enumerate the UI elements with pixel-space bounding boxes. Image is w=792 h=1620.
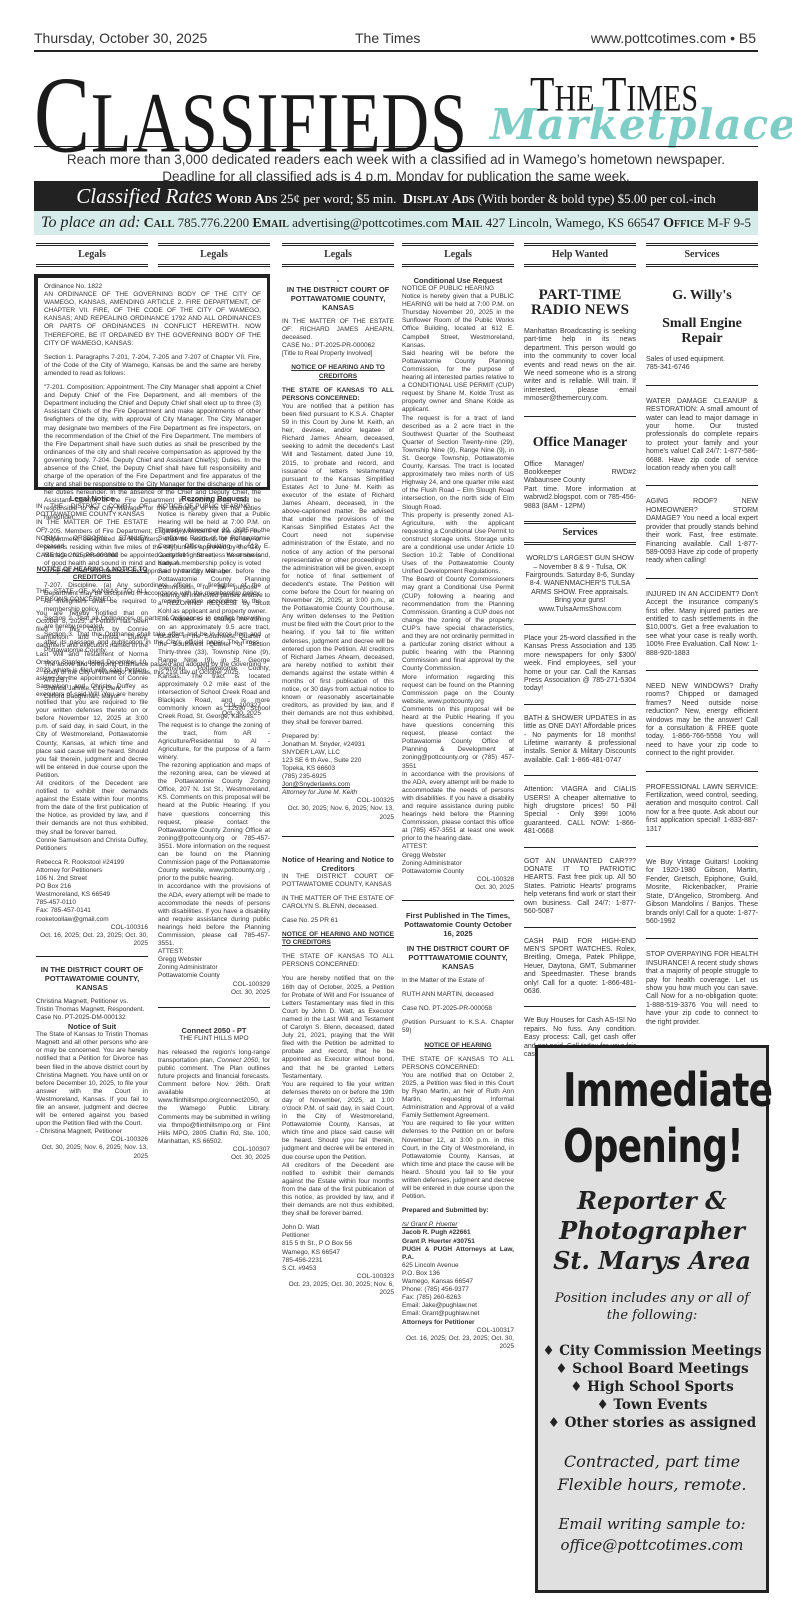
accident-ad: INJURED IN AN ACCIDENT? Don't Accept the… — [646, 591, 758, 658]
col-header-legals-3: Legals — [282, 243, 394, 267]
legals-column-2: Rezoning Request NOTICE OF PUBLIC HEARIN… — [158, 494, 270, 1162]
duty-item: ♦ City Commission Meetings — [538, 1342, 766, 1360]
title-rule — [34, 146, 758, 147]
contract-line-1: Contracted, part time — [538, 1450, 766, 1473]
website-page: www.pottcotimes.com • B5 — [591, 30, 756, 46]
paper-name: The Times — [355, 30, 420, 46]
services-column: G. Willy's Small Engine Repair Sales of … — [646, 276, 758, 1027]
email-prompt: Email writing sample to: — [538, 1514, 766, 1535]
advertising-email-link[interactable]: advertising@pottcotimes.com — [292, 215, 448, 230]
legals-column-1: Legal Notice IN THE DISTRICT COURT OF PO… — [36, 494, 148, 1161]
opening-headline: Opening! — [563, 1118, 741, 1174]
kpa-classified-ad: Place your 25-word classified in the Kan… — [524, 635, 636, 694]
legals-column-4: Conditional Use Request NOTICE OF PUBLIC… — [402, 276, 514, 1351]
duty-item: ♦ Other stories as assigned — [538, 1414, 766, 1432]
legals-column-3: - IN THE DISTRICT COURT OF POTTAWATOMIE … — [282, 276, 394, 1297]
role-line-2: Photographer — [538, 1216, 766, 1246]
marketplace-logo: Marketplace — [490, 100, 792, 149]
header-rule — [34, 50, 758, 52]
place-ad-bar: To place an ad: Call 785.776.2200 Email … — [34, 211, 758, 235]
services-subheader: Services — [524, 521, 636, 545]
viagra-ad: Attention: VIAGRA and CIALIS USERS! A ch… — [524, 786, 636, 836]
position-intro: Position includes any or all of the foll… — [538, 1290, 766, 1324]
reach-banner: Reach more than 3,000 dedicated readers … — [34, 151, 758, 185]
health-insurance-ad: STOP OVERPAYING FOR HEALTH INSURANCE! A … — [646, 951, 758, 1027]
col-header-legals-2: Legals — [158, 243, 270, 267]
role-line-3: St. Marys Area — [538, 1246, 766, 1276]
issue-date: Thursday, October 30, 2025 — [34, 30, 207, 46]
col-header-legals-1: Legals — [36, 243, 148, 267]
gun-show-ad: WORLD'S LARGEST GUN SHOW – November 8 & … — [524, 555, 636, 614]
col-header-help-wanted: Help Wanted — [524, 243, 636, 267]
office-email-link[interactable]: office@pottcotimes.com — [538, 1535, 766, 1556]
donate-car-ad: GOT AN UNWANTED CAR??? DONATE IT TO PATR… — [524, 858, 636, 917]
vintage-guitars-ad: We Buy Vintage Guitars! Looking for 1920… — [646, 859, 758, 926]
water-damage-ad: WATER DAMAGE CLEANUP & RESTORATION: A sm… — [646, 398, 758, 474]
office-manager-body: Office Manager/ BookkeeperRWD#2 Wabaunse… — [524, 461, 636, 511]
radio-news-body: Manhattan Broadcasting is seeking part-t… — [524, 328, 636, 404]
g-willys-body: Sales of used equipment. 785-341-6746 — [646, 356, 726, 373]
windows-ad: NEED NEW WINDOWS? Drafty rooms? Chipped … — [646, 683, 758, 759]
attorney-email-link[interactable]: Jon@Snyderlawks.com — [282, 781, 394, 789]
radio-news-title: PART-TIME RADIO NEWS — [524, 288, 636, 318]
classified-rates-bar: Classified Rates Word Ads 25¢ per word; … — [34, 181, 758, 211]
duty-item: ♦ School Board Meetings — [538, 1360, 766, 1378]
duty-item: ♦ Town Events — [538, 1396, 766, 1414]
ordinance-1822-notice: Ordinance No. 1822 AN ORDINANCE OF THE G… — [34, 274, 270, 490]
roof-ad: AGING ROOF? NEW HOMEOWNER? STORM DAMAGE?… — [646, 498, 758, 565]
office-manager-title: Office Manager — [524, 435, 636, 451]
immediate-headline: Immediate — [563, 1062, 741, 1118]
small-engine-title: Small Engine Repair — [646, 316, 758, 346]
watches-ad: CASH PAID FOR HIGH-END MEN'S SPORT WATCH… — [524, 938, 636, 997]
col-header-legals-4: Legals — [402, 243, 514, 267]
immediate-opening-ad: Immediate Opening! Reporter & Photograph… — [535, 1045, 769, 1593]
g-willys-title: G. Willy's — [646, 288, 758, 304]
bath-shower-ad: BATH & SHOWER UPDATES in as little as ON… — [524, 715, 636, 765]
duty-item: ♦ High School Sports — [538, 1378, 766, 1396]
lawn-service-ad: PROFESSIONAL LAWN SERVICE: Fertilization… — [646, 784, 758, 834]
contract-line-2: Flexible hours, remote. — [538, 1473, 766, 1496]
col-header-services: Services — [646, 243, 758, 267]
help-wanted-column: PART-TIME RADIO NEWS Manhattan Broadcast… — [524, 276, 636, 1059]
role-line-1: Reporter & — [538, 1186, 766, 1216]
